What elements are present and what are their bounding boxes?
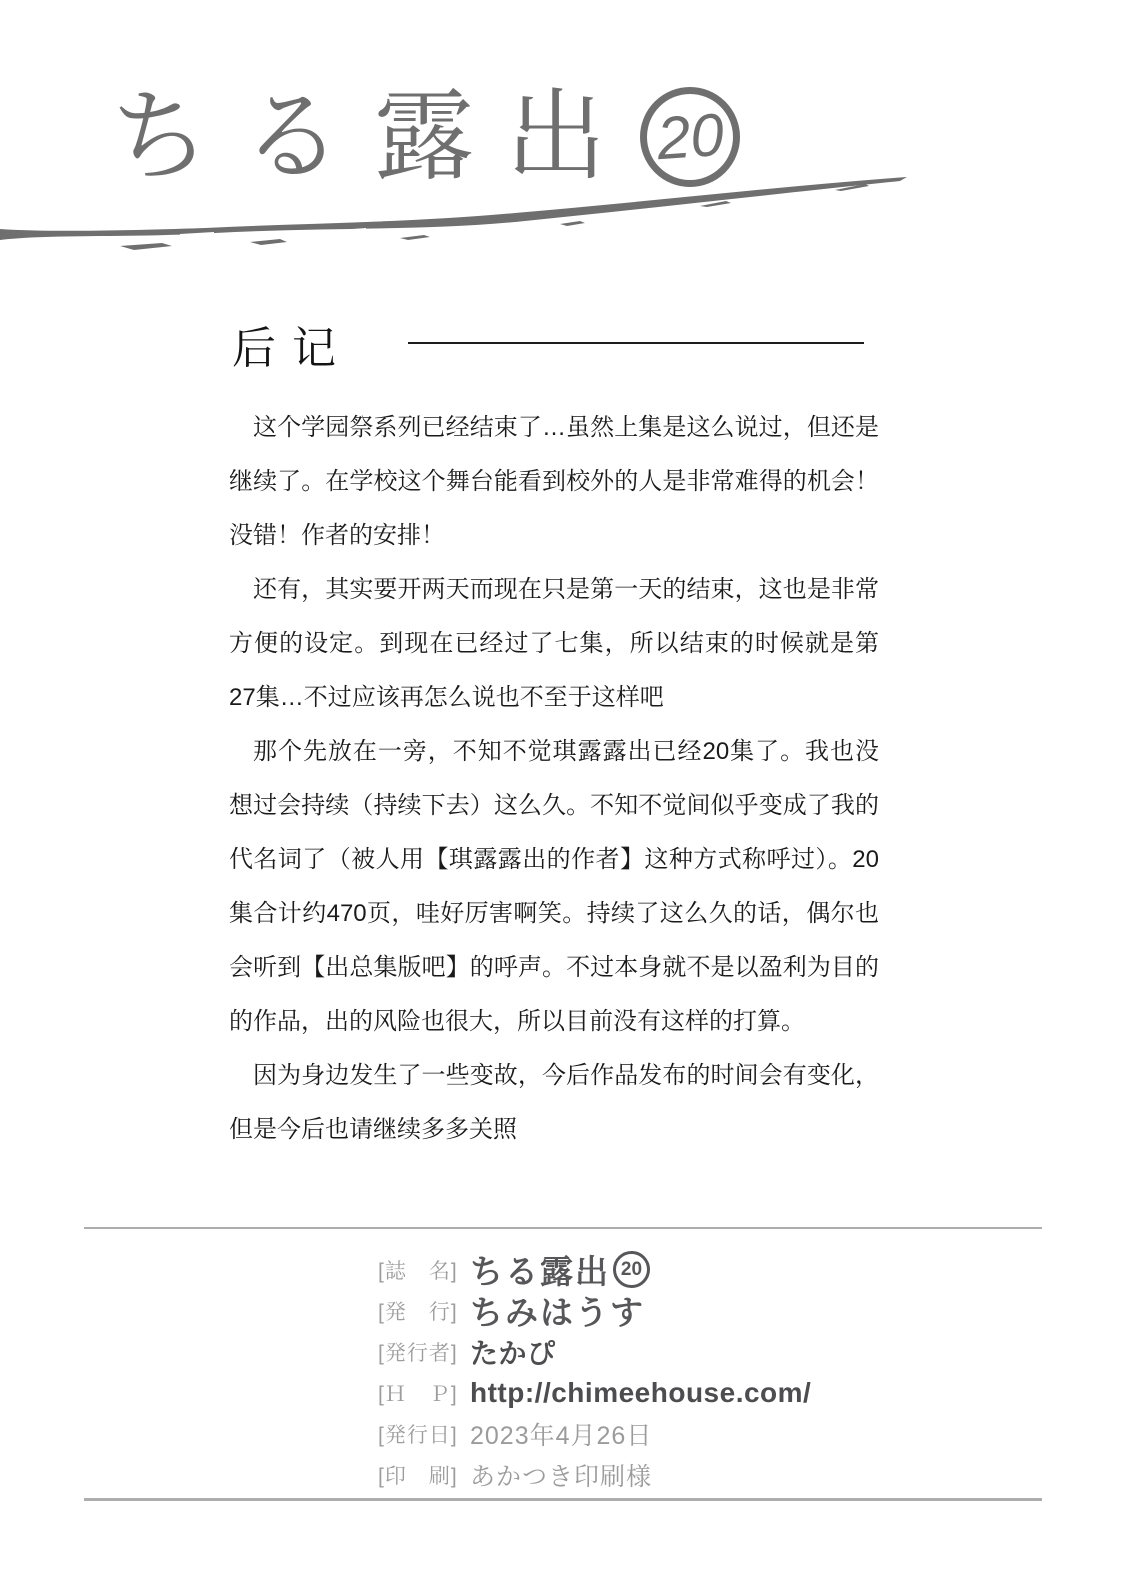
colophon-value: ちる露出20	[470, 1246, 650, 1293]
colophon-label: [印 刷]	[378, 1460, 470, 1490]
colophon-top-divider	[84, 1227, 1042, 1229]
colophon-row-printer: [印 刷] あかつき印刷様	[378, 1454, 938, 1495]
colophon-row-homepage: [Ｈ Ｐ] http://chimeehouse.com/	[378, 1372, 938, 1413]
brush-stroke	[0, 150, 920, 260]
colophon-row-title: [誌 名] ちる露出20	[378, 1249, 938, 1290]
colophon-value: あかつき印刷様	[470, 1457, 652, 1493]
afterword-heading: 后记	[232, 312, 352, 376]
paragraph: 因为身边发生了一些变故，今后作品发布的时间会有变化，但是今后也请继续多多关照	[229, 1049, 879, 1157]
paragraph: 还有，其实要开两天而现在只是第一天的结束，这也是非常方便的设定。到现在已经过了七…	[229, 563, 879, 725]
colophon-bottom-divider	[84, 1498, 1042, 1501]
colophon-row-author: [発行者] たかぴ	[378, 1331, 938, 1372]
colophon-label: [誌 名]	[378, 1255, 470, 1285]
colophon-label: [発行日]	[378, 1419, 470, 1449]
afterword-body: 这个学园祭系列已经结束了…虽然上集是这么说过，但还是继续了。在学校这个舞台能看到…	[229, 401, 879, 1157]
colophon-label: [発行者]	[378, 1337, 470, 1367]
colophon-label: [発 行]	[378, 1296, 470, 1326]
colophon-value: 2023年4月26日	[470, 1416, 652, 1452]
colophon-row-publisher-circle: [発 行] ちみはうす	[378, 1290, 938, 1331]
heading-divider	[408, 342, 864, 344]
afterword-page: ちる露出20 后记 这个学园祭系列已经结束了…虽然上集是这么说过，但还是继续了。…	[0, 0, 1125, 1588]
homepage-url: http://chimeehouse.com/	[470, 1377, 811, 1409]
paragraph: 这个学园祭系列已经结束了…虽然上集是这么说过，但还是继续了。在学校这个舞台能看到…	[229, 401, 879, 563]
circled-volume-number-small: 20	[613, 1251, 650, 1288]
paragraph: 那个先放在一旁，不知不觉琪露露出已经20集了。我也没想过会持续（持续下去）这么久…	[229, 725, 879, 1049]
colophon-row-publish-date: [発行日] 2023年4月26日	[378, 1413, 938, 1454]
colophon-label: [Ｈ Ｐ]	[378, 1378, 470, 1408]
colophon-value: たかぴ	[470, 1332, 556, 1372]
colophon: [誌 名] ちる露出20 [発 行] ちみはうす [発行者] たかぴ [Ｈ Ｐ]…	[378, 1249, 938, 1495]
colophon-value: ちみはうす	[470, 1287, 645, 1334]
